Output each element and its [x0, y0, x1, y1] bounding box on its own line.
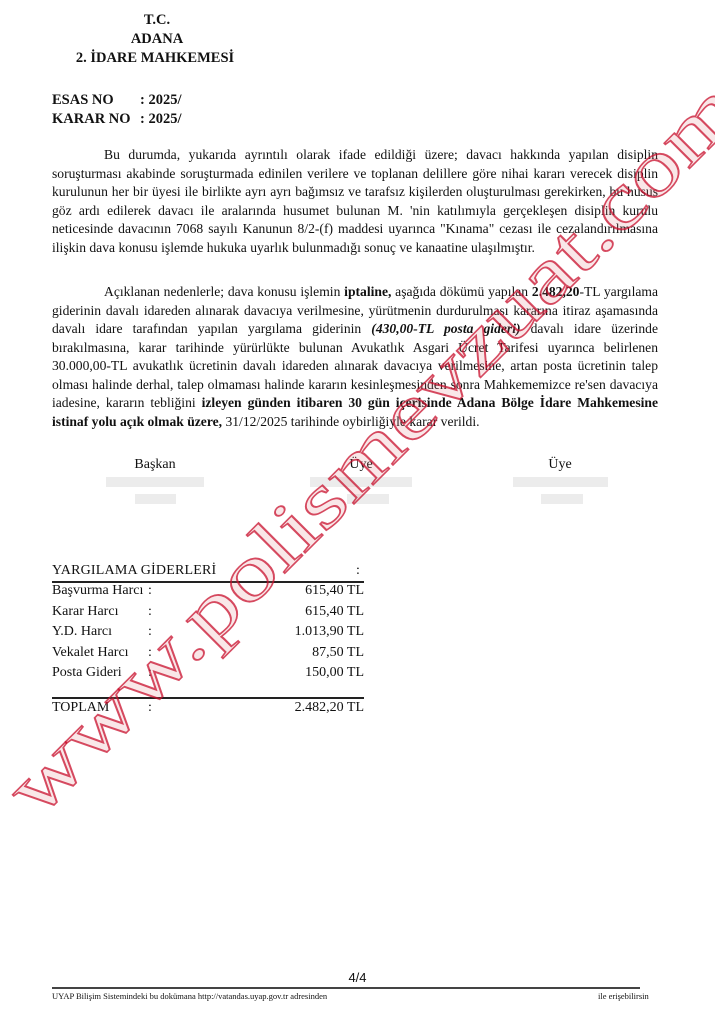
- expense-label: Posta Gideri: [52, 665, 122, 681]
- karar-label: KARAR NO: [52, 110, 140, 129]
- signature-uye-2: Üye: [512, 457, 608, 473]
- expenses-title: YARGILAMA GİDERLERİ: [52, 563, 216, 579]
- expenses-title-colon: :: [356, 563, 360, 579]
- expense-colon: :: [148, 583, 152, 599]
- total-amount: 2.482,20 TL: [295, 700, 364, 716]
- expense-row: Posta Gideri:150,00 TL: [52, 665, 364, 685]
- expense-label: Y.D. Harcı: [52, 624, 112, 640]
- footer-rule: [52, 987, 640, 989]
- karar-no: KARAR NO: 2025/: [52, 110, 181, 129]
- expenses-total-rule: [52, 697, 364, 699]
- header-tc: T.C.: [52, 11, 262, 30]
- expense-row: Başvurma Harcı:615,40 TL: [52, 583, 364, 603]
- expense-colon: :: [148, 645, 152, 661]
- bold-iptaline: iptaline,: [344, 284, 391, 299]
- page-number: 4/4: [0, 970, 715, 985]
- header-court: 2. İDARE MAHKEMESİ: [40, 49, 270, 68]
- expense-row: Y.D. Harcı:1.013,90 TL: [52, 624, 364, 644]
- document-page: T.C. ADANA 2. İDARE MAHKEMESİ ESAS NO: 2…: [0, 0, 715, 1024]
- total-label: TOPLAM: [52, 700, 109, 716]
- italic-posta: (430,00-TL posta gideri): [371, 321, 520, 336]
- expenses-total-row: TOPLAM : 2.482,20 TL: [52, 700, 364, 720]
- expense-row: Karar Harcı:615,40 TL: [52, 604, 364, 624]
- signature-uye-1: Üye: [310, 457, 412, 473]
- expense-label: Karar Harcı: [52, 604, 118, 620]
- paragraph-decision: Açıklanan nedenlerle; dava konusu işlemi…: [52, 283, 658, 431]
- total-colon: :: [148, 700, 152, 716]
- signature-baskan: Başkan: [106, 457, 204, 473]
- esas-label: ESAS NO: [52, 91, 140, 110]
- expense-colon: :: [148, 665, 152, 681]
- redacted-name-uye-1: [310, 477, 412, 487]
- paragraph-reasoning: Bu durumda, yukarıda ayrıntılı olarak if…: [52, 146, 658, 257]
- redacted-id-uye-2: [541, 494, 583, 504]
- expense-colon: :: [148, 624, 152, 640]
- expense-amount: 87,50 TL: [312, 645, 364, 661]
- esas-value: : 2025/: [140, 92, 181, 108]
- redacted-id-uye-1: [347, 494, 389, 504]
- expense-amount: 1.013,90 TL: [295, 624, 364, 640]
- footer-uyap-note: UYAP Bilişim Sistemindeki bu dokümana ht…: [52, 991, 327, 1001]
- header-city: ADANA: [52, 30, 262, 49]
- expense-amount: 615,40 TL: [305, 604, 364, 620]
- redacted-id-baskan: [135, 494, 176, 504]
- footer-access-note: ile erişebilirsin: [598, 991, 649, 1001]
- bold-amount: 2.482,20: [532, 284, 580, 299]
- expense-label: Başvurma Harcı: [52, 583, 143, 599]
- redacted-name-baskan: [106, 477, 204, 487]
- expense-colon: :: [148, 604, 152, 620]
- expense-amount: 150,00 TL: [305, 665, 364, 681]
- expense-amount: 615,40 TL: [305, 583, 364, 599]
- karar-value: : 2025/: [140, 111, 181, 127]
- expense-label: Vekalet Harcı: [52, 645, 129, 661]
- redacted-name-uye-2: [513, 477, 608, 487]
- esas-no: ESAS NO: 2025/: [52, 91, 181, 110]
- expense-row: Vekalet Harcı:87,50 TL: [52, 645, 364, 665]
